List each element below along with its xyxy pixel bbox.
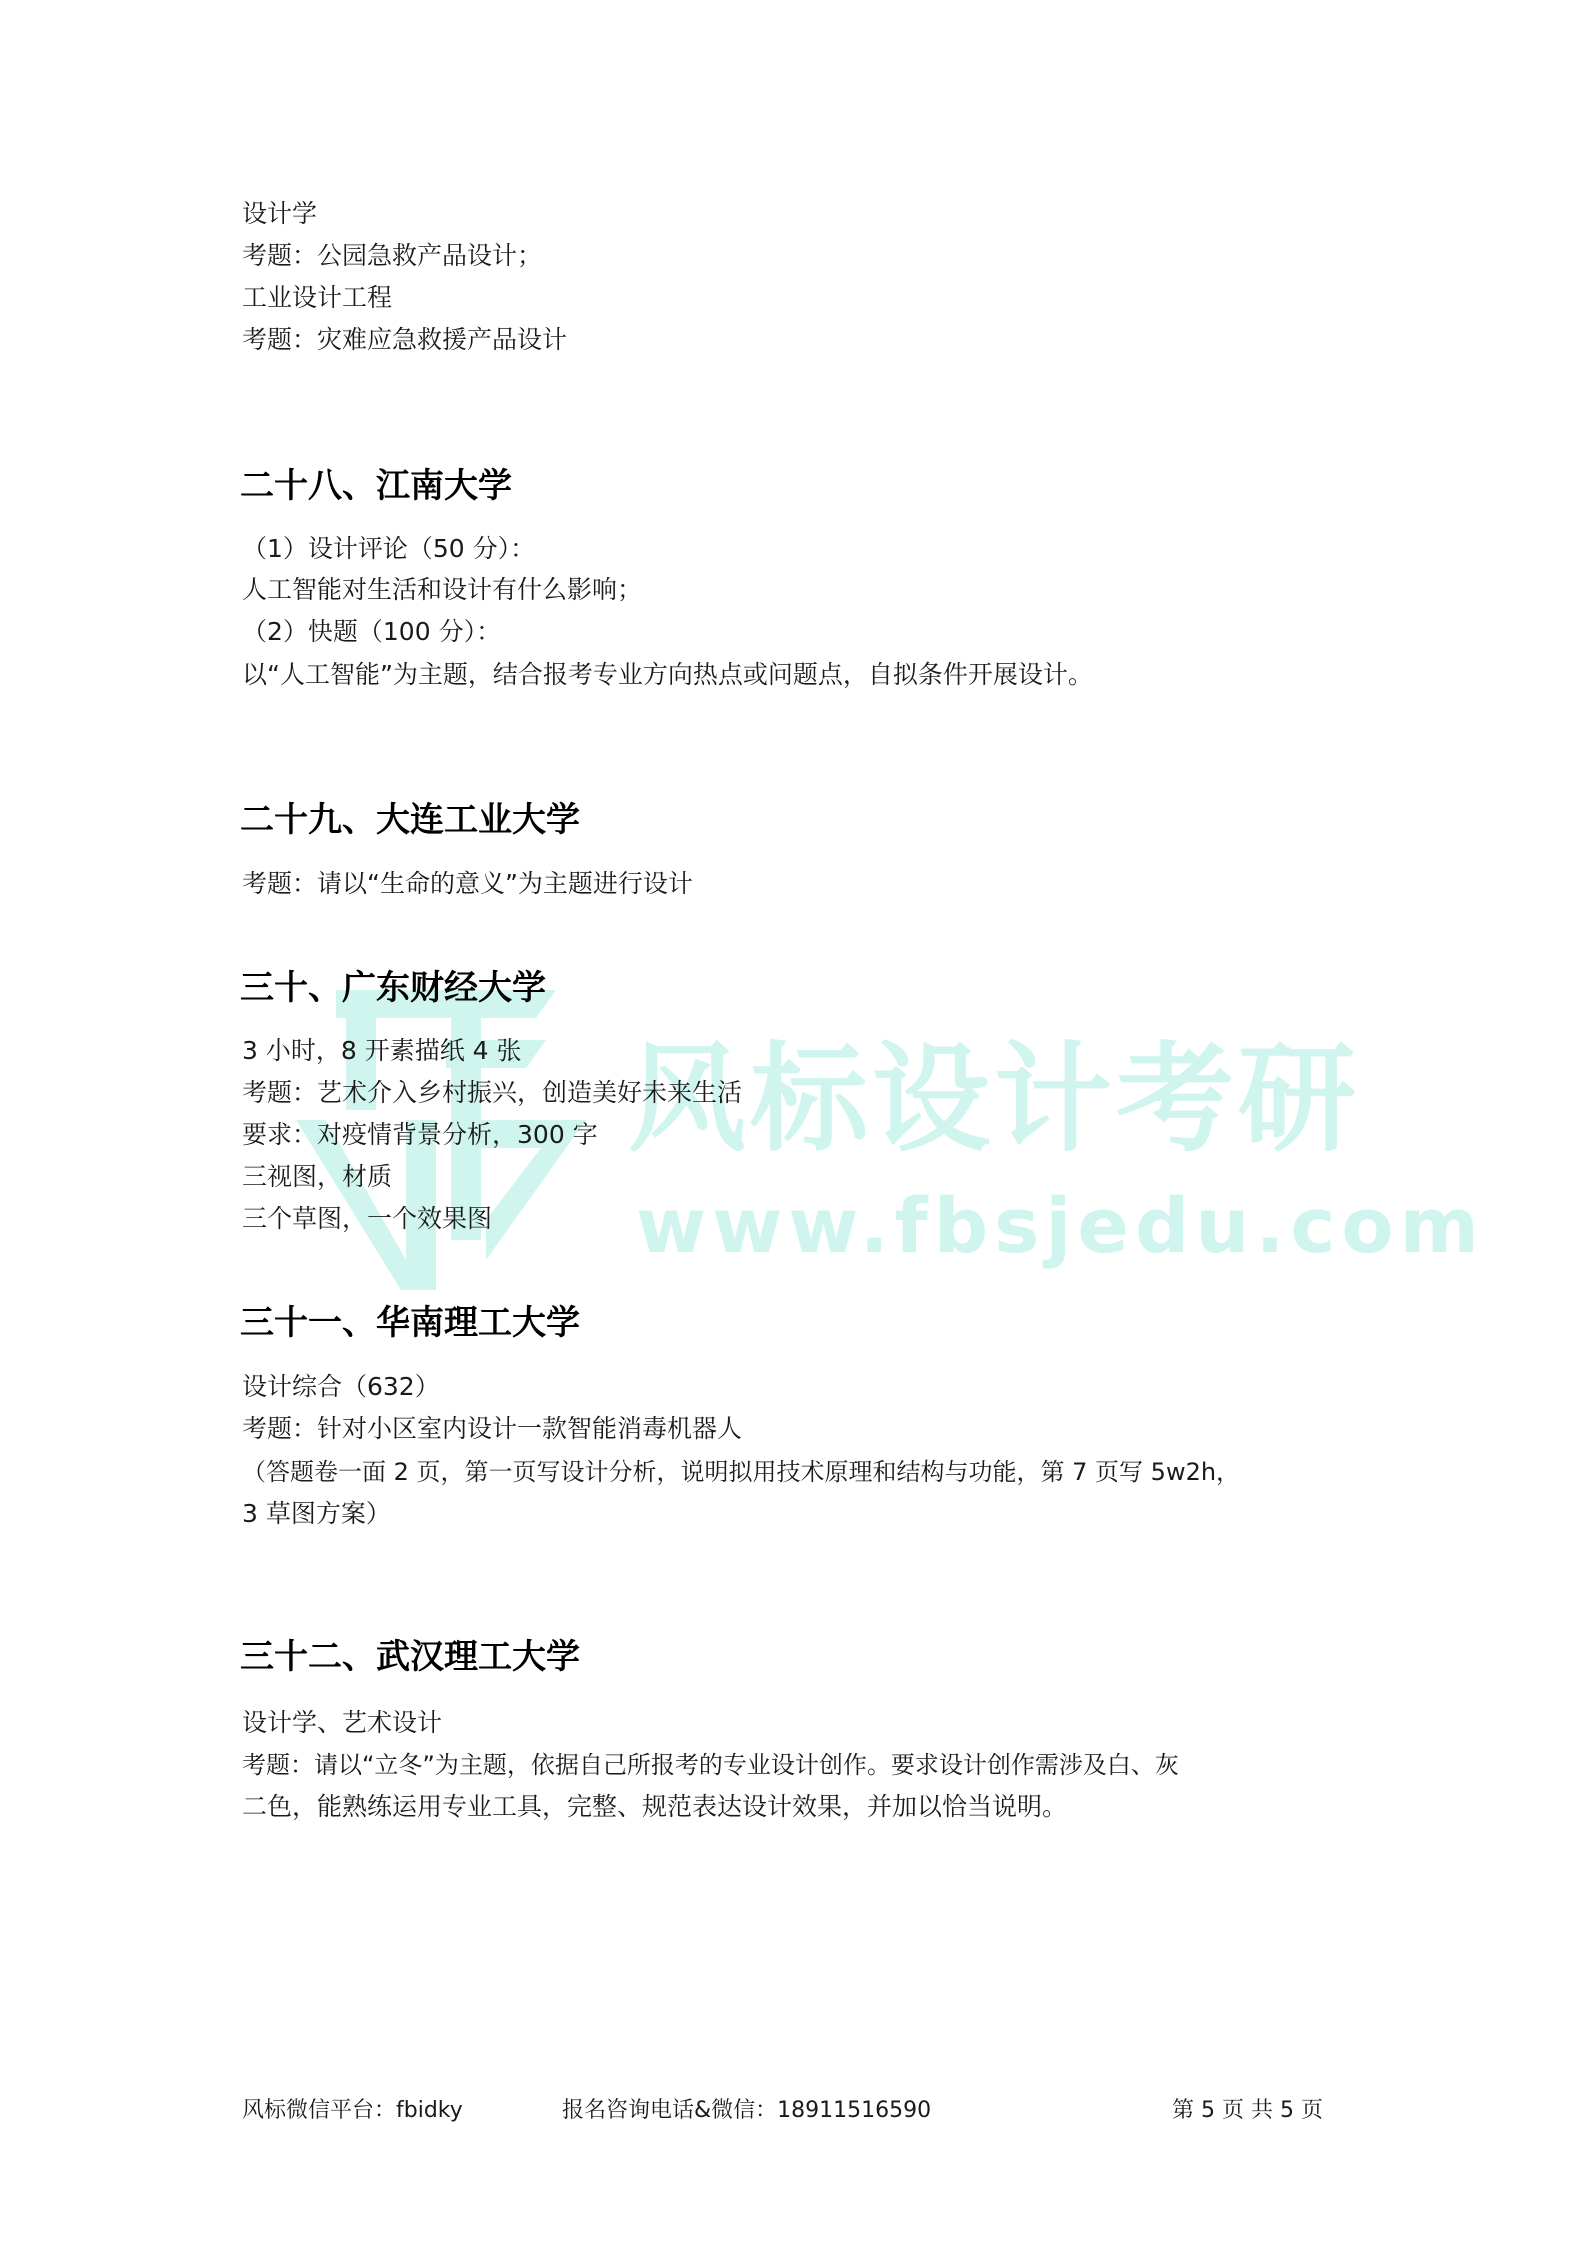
text-line: （答题卷一面 2 页，第一页写设计分析，说明拟用技术原理和结构与功能，第 7 页…: [242, 1457, 1240, 1487]
text-line: 考题：请以“立冬”为主题，依据自己所报考的专业设计创作。要求设计创作需涉及白、灰: [242, 1750, 1179, 1780]
section-heading: 二十八、江南大学: [240, 466, 512, 506]
watermark-url: www.fbsjedu.com: [636, 1188, 1485, 1264]
footer-page-number: 第 5 页 共 5 页: [1172, 2097, 1323, 2125]
text-line: 人工智能对生活和设计有什么影响；: [242, 575, 642, 605]
text-line: （1）设计评论（50 分）：: [242, 534, 535, 564]
text-line: （2）快题（100 分）：: [242, 617, 501, 647]
text-line: 二色，能熟练运用专业工具，完整、规范表达设计效果，并加以恰当说明。: [242, 1792, 1067, 1822]
text-line: 设计学、艺术设计: [242, 1708, 442, 1738]
text-line: 要求：对疫情背景分析，300 字: [242, 1120, 598, 1150]
text-line: 设计学: [242, 199, 317, 229]
text-line: 考题：灾难应急救援产品设计: [242, 325, 567, 355]
text-line: 考题：请以“生命的意义”为主题进行设计: [242, 869, 693, 899]
text-line: 设计综合（632）: [242, 1372, 440, 1402]
footer-contact: 报名咨询电话&微信：18911516590: [562, 2097, 931, 2125]
section-heading: 三十一、华南理工大学: [240, 1303, 580, 1343]
text-line: 考题：艺术介入乡村振兴，创造美好未来生活: [242, 1078, 742, 1108]
text-line: 考题：公园急救产品设计；: [242, 241, 542, 271]
text-line: 工业设计工程: [242, 283, 392, 313]
text-line: 考题：针对小区室内设计一款智能消毒机器人: [242, 1414, 742, 1444]
text-line: 3 小时，8 开素描纸 4 张: [242, 1036, 522, 1066]
footer-wechat: 风标微信平台：fbidky: [242, 2097, 463, 2125]
section-heading: 二十九、大连工业大学: [240, 800, 580, 840]
text-line: 3 草图方案）: [242, 1499, 391, 1529]
text-line: 三个草图，一个效果图: [242, 1204, 492, 1234]
section-heading: 三十、广东财经大学: [240, 968, 546, 1008]
text-line: 三视图，材质: [242, 1162, 392, 1192]
text-line: 以“人工智能”为主题，结合报考专业方向热点或问题点，自拟条件开展设计。: [242, 660, 1093, 690]
section-heading: 三十二、武汉理工大学: [240, 1637, 580, 1677]
